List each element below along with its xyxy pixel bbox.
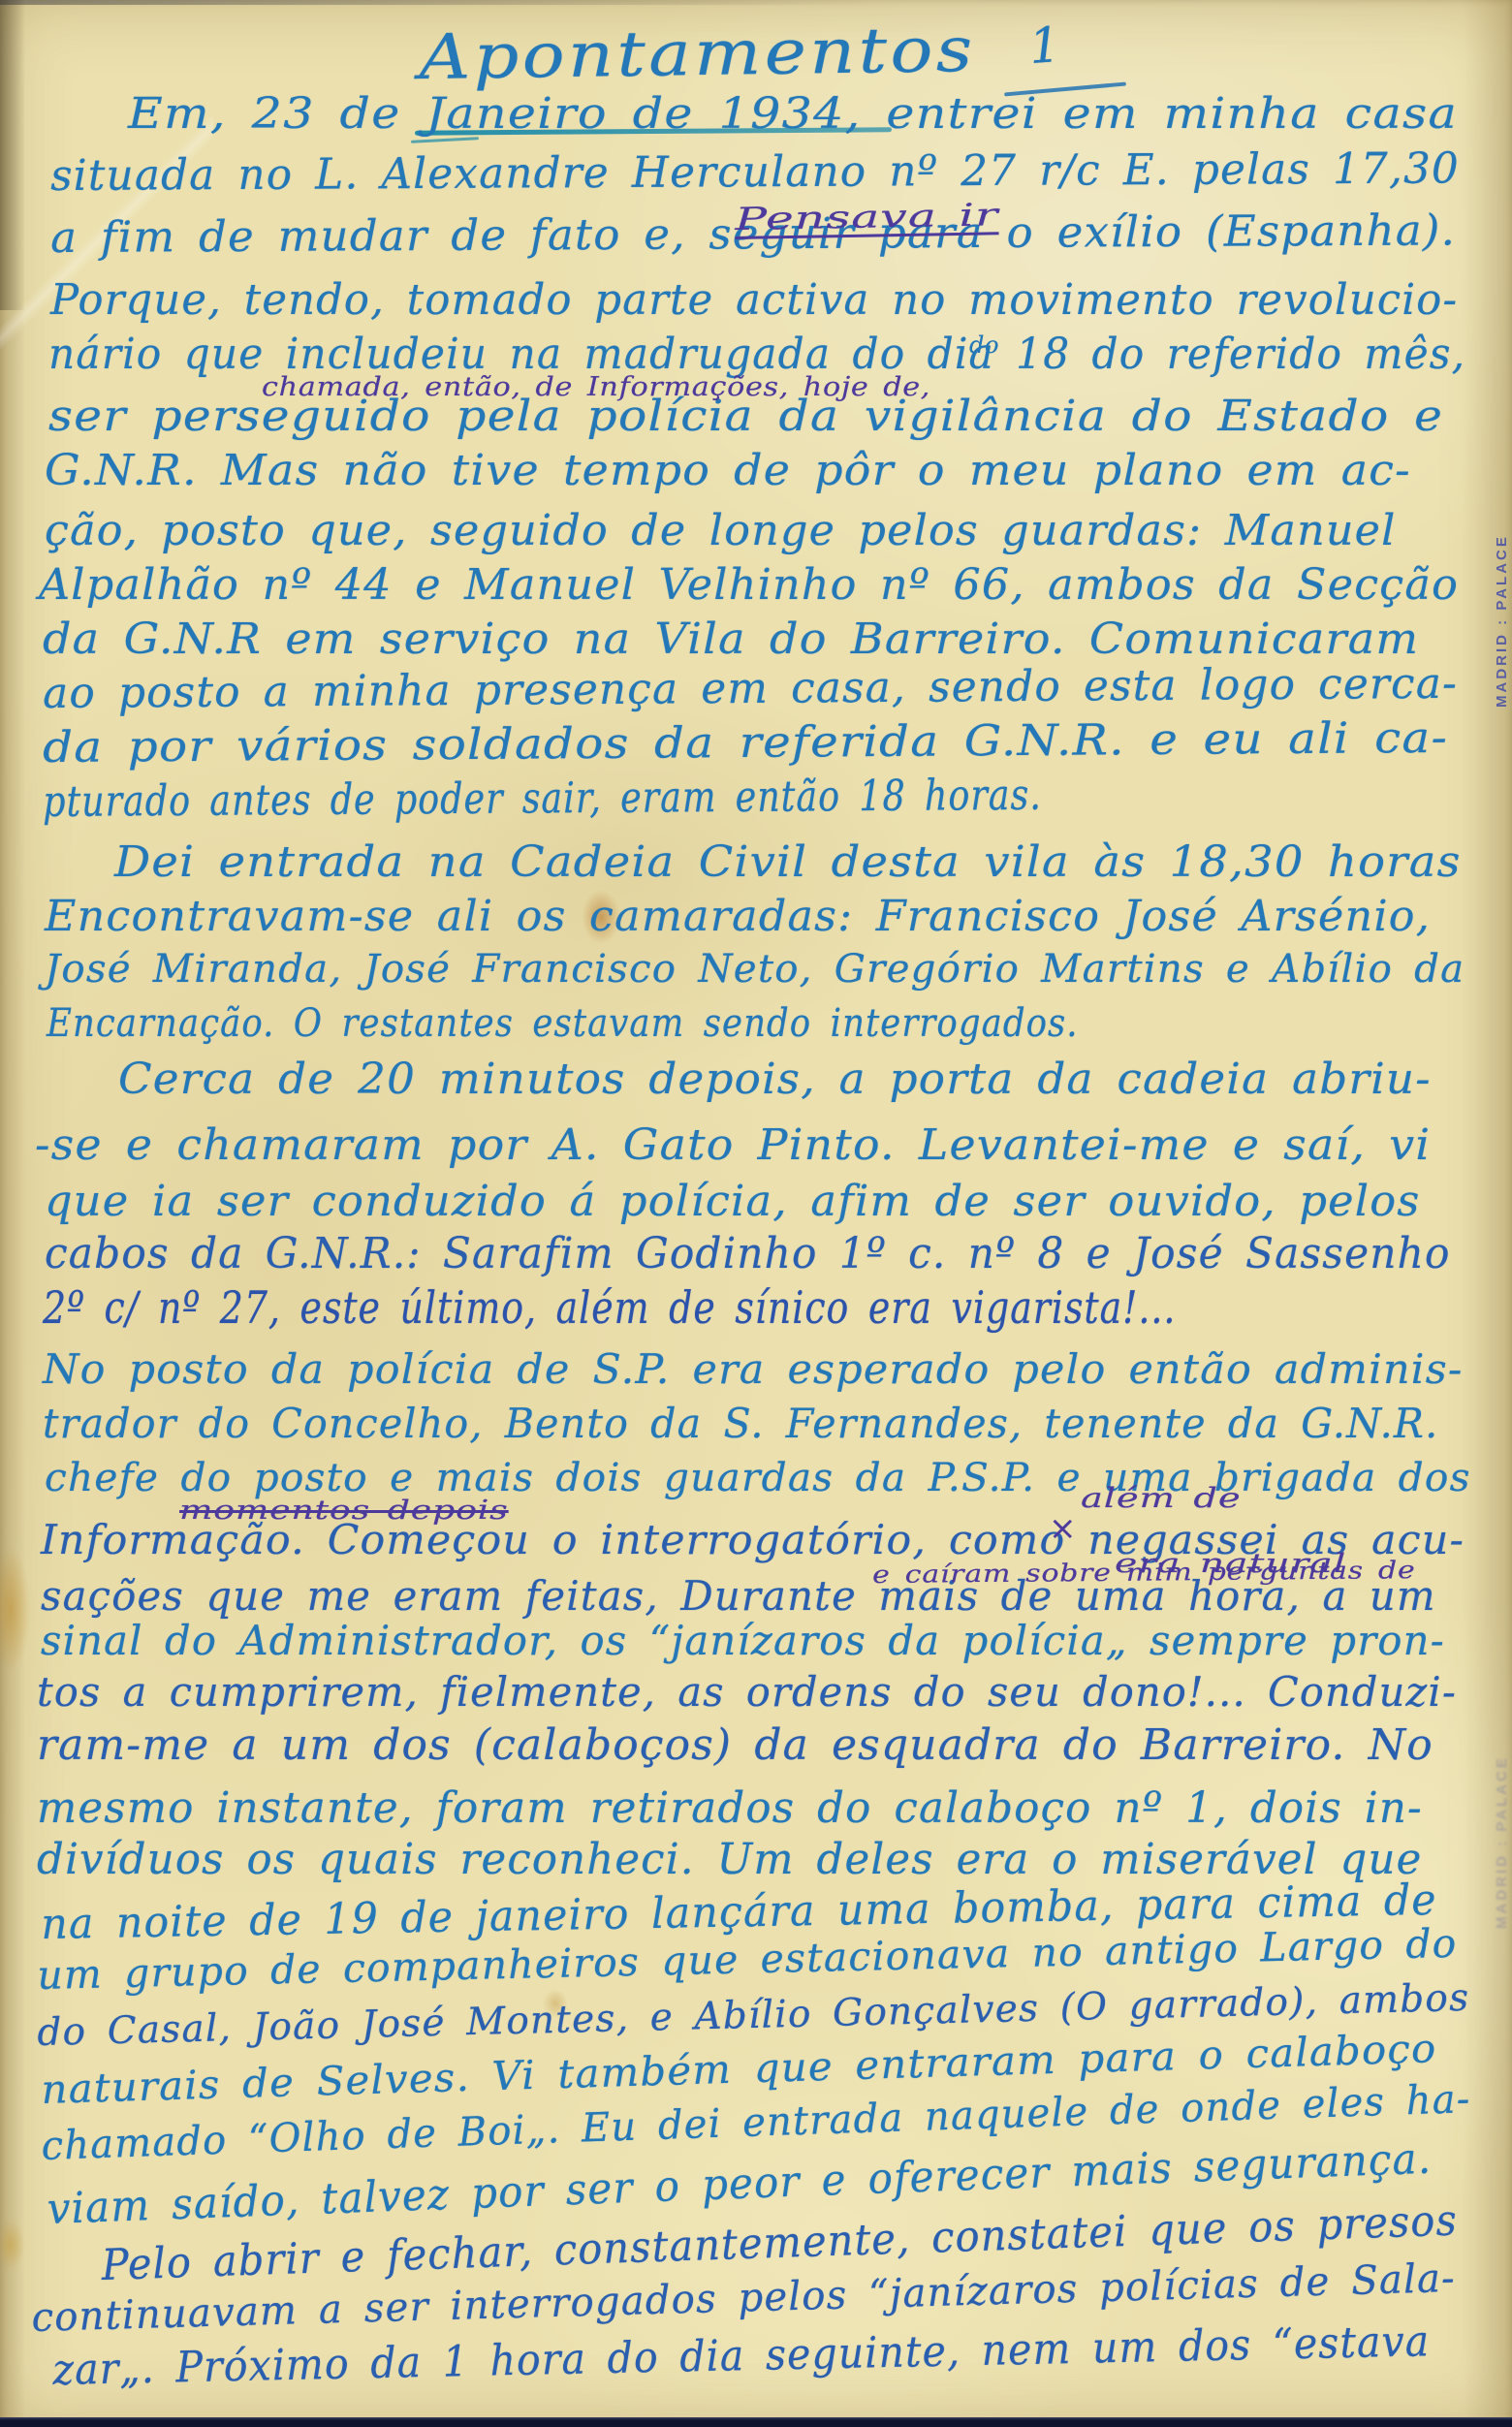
paper-top-edge [0,0,872,5]
annotation-insertion: chamada, então, de Informações, hoje de, [262,374,930,400]
manuscript-page: Apontamentos 1 Em, 23 de Janeiro de 1934… [0,0,1512,2427]
manuscript-line: -se e chamaram por A. Gato Pinto. Levant… [35,1124,1431,1167]
manuscript-line: divíduos os quais reconheci. Um deles er… [37,1839,1422,1881]
manuscript-line: ram-me a um dos (calaboços) da esquadra … [37,1724,1433,1767]
letterhead-vertical-text-faint: MADRID : PALACE [1494,1628,1510,1929]
scan-edge-band [0,2417,1512,2427]
manuscript-line: sinal do Administrador, os “janízaros da… [41,1621,1445,1661]
manuscript-line: No posto da polícia de S.P. era esperado… [43,1349,1464,1390]
manuscript-line: chefe do posto e mais dois guardas da P.… [45,1459,1471,1497]
manuscript-line: nário que includeiu na madrugada do dia … [48,333,1465,376]
manuscript-line: José Miranda, José Francisco Neto, Gregó… [45,950,1465,989]
page-title: Apontamentos [419,19,976,89]
annotation-insertion: além de [1081,1485,1242,1512]
manuscript-line: Em, 23 de Janeiro de 1934, entrei em min… [128,93,1458,136]
manuscript-line: situada no L. Alexandre Herculano nº 27 … [50,147,1460,198]
manuscript-line: Porque, tendo, tomado parte activa no mo… [50,279,1458,322]
manuscript-line: mesmo instante, foram retirados do calab… [37,1787,1423,1830]
annotation-insertion: Pensava ir [735,199,999,239]
manuscript-line: da G.N.R em serviço na Vila do Barreiro.… [43,618,1419,661]
paper-edge-shadow [0,0,25,310]
annotation-insertion: × [1049,1512,1077,1545]
paper-stain [0,1547,31,1673]
manuscript-line: ao posto a minha presença em casa, sendo… [43,663,1458,715]
manuscript-line: ção, posto que, seguido de longe pelos g… [45,510,1397,552]
manuscript-line: que ia ser conduzido á polícia, afim de … [45,1181,1421,1223]
manuscript-line: Dei entrada na Cadeia Civil desta vila à… [114,841,1462,884]
page-number: 1 [1027,20,1061,71]
manuscript-line: Encarnação. O restantes estavam sendo in… [47,1004,1079,1043]
manuscript-line: tos a cumprirem, fielmente, as ordens do… [37,1672,1457,1713]
annotation-insertion: do [969,333,999,357]
manuscript-line: Cerca de 20 minutos depois, a porta da c… [118,1058,1432,1101]
manuscript-line: cabos da G.N.R.: Sarafim Godinho 1º c. n… [45,1233,1451,1276]
manuscript-line: G.N.R. Mas não tive tempo de pôr o meu p… [45,450,1411,492]
annotation-insertion: momentos depois [179,1497,509,1524]
letterhead-vertical-text: MADRID : PALACE [1494,407,1510,708]
manuscript-line: trador do Concelho, Bento da S. Fernande… [43,1403,1438,1444]
annotation-insertion: e caíram sobre mim perguntas de [872,1558,1416,1587]
manuscript-line: da por vários soldados da referida G.N.R… [43,717,1448,770]
manuscript-line: Encontravam-se ali os camaradas: Francis… [45,896,1431,938]
manuscript-line: 2º c/ nº 27, este último, além de sínico… [43,1285,1176,1330]
manuscript-line: pturado antes de poder sair, eram então … [43,774,1042,824]
manuscript-line: Alpalhão nº 44 e Manuel Velhinho nº 66, … [39,564,1459,607]
paper-stain [0,2220,25,2270]
